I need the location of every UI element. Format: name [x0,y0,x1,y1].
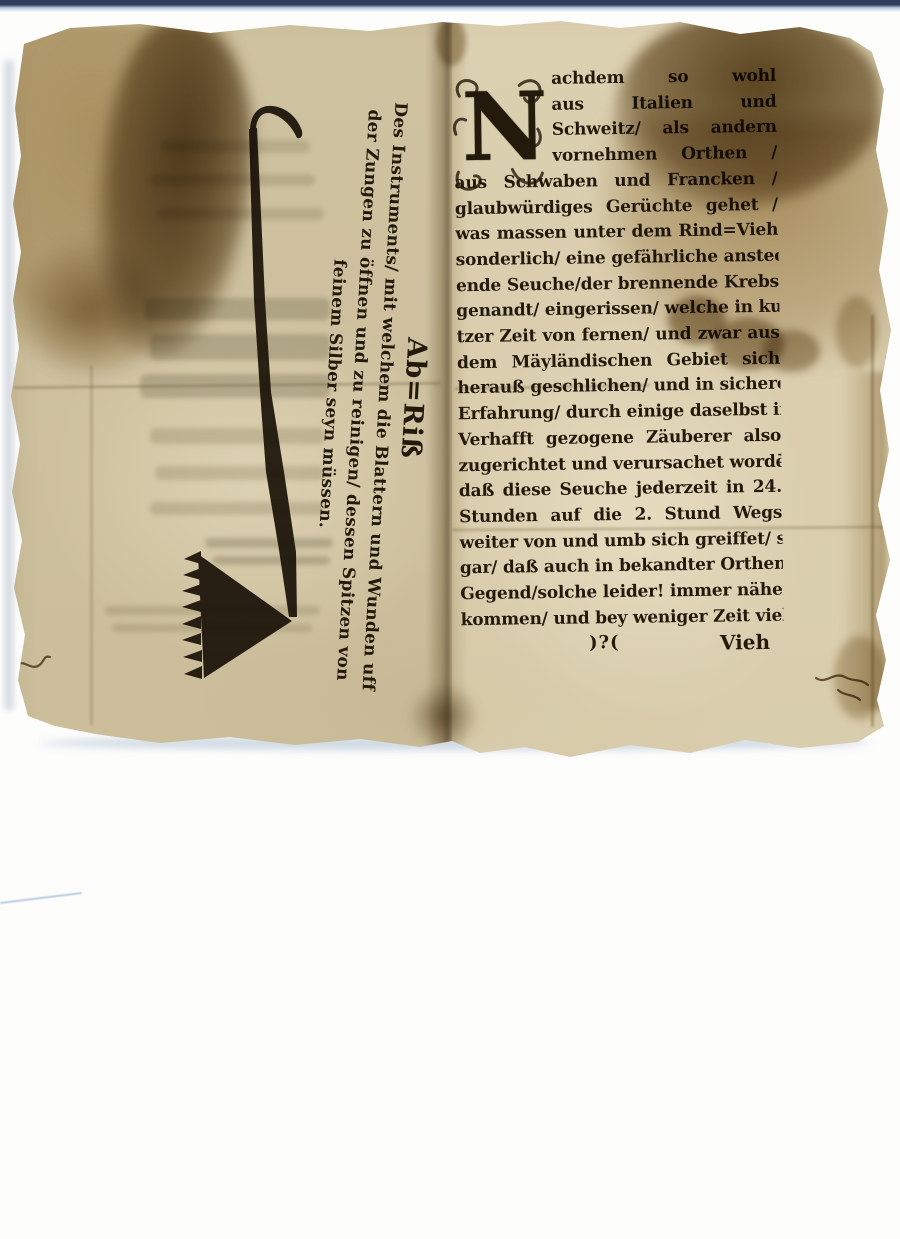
instrument-head [198,554,292,678]
stain-top-left-lower [14,238,166,380]
bleedthrough-streak [160,140,310,153]
paper-sheet: Ab=Riß Des Instruments/ mit welchem die … [0,0,900,1239]
scanner-lid-strip [0,0,900,12]
catchword: Vieh [720,630,770,655]
right-page-text-block: N achdem so wohlaus Italien undSchweitz/… [453,64,784,648]
drop-cap-letter: N [461,67,549,188]
bleedthrough-streak [105,606,320,615]
body-line: vornehmen Orthen / [552,141,777,170]
fold-crease [90,365,93,725]
instrument-teeth [182,551,202,679]
instrument-hook [250,106,302,138]
bleedthrough-streak [155,466,325,480]
bleedthrough-streak [112,624,312,632]
bleedthrough-streak [150,334,330,360]
gutter-crease [426,18,468,748]
caption-block: Ab=Riß Des Instruments/ mit welchem die … [299,93,446,698]
body-line: aus Italien und [551,89,776,118]
bleedthrough-streak [150,174,315,186]
bleedthrough-streak [150,502,325,515]
bleedthrough-streak [156,208,324,220]
body-line: sonderlich/ eine gefährliche ansteck= [455,244,778,274]
body-line: Schweitz/ als andern [552,115,777,144]
body-line: achdem so wohl [551,64,776,93]
scanned-document-canvas: Ab=Riß Des Instruments/ mit welchem die … [0,0,900,1239]
catch-line: )?( Vieh [461,630,784,661]
bleedthrough-streak [145,298,330,320]
body-line: Stunden auf die 2. Stund Wegs [459,501,782,531]
signature-mark: )?( [589,632,620,653]
bleedthrough-streak [150,428,325,444]
scanner-scratch-artifact [0,892,82,904]
edge-crease [871,315,874,727]
body-line: kommen/ und bey weniger Zeit viel [461,603,784,633]
paper-left-shadow [4,60,14,710]
body-line: Verhafft gezogene Zäuberer also [458,424,781,454]
